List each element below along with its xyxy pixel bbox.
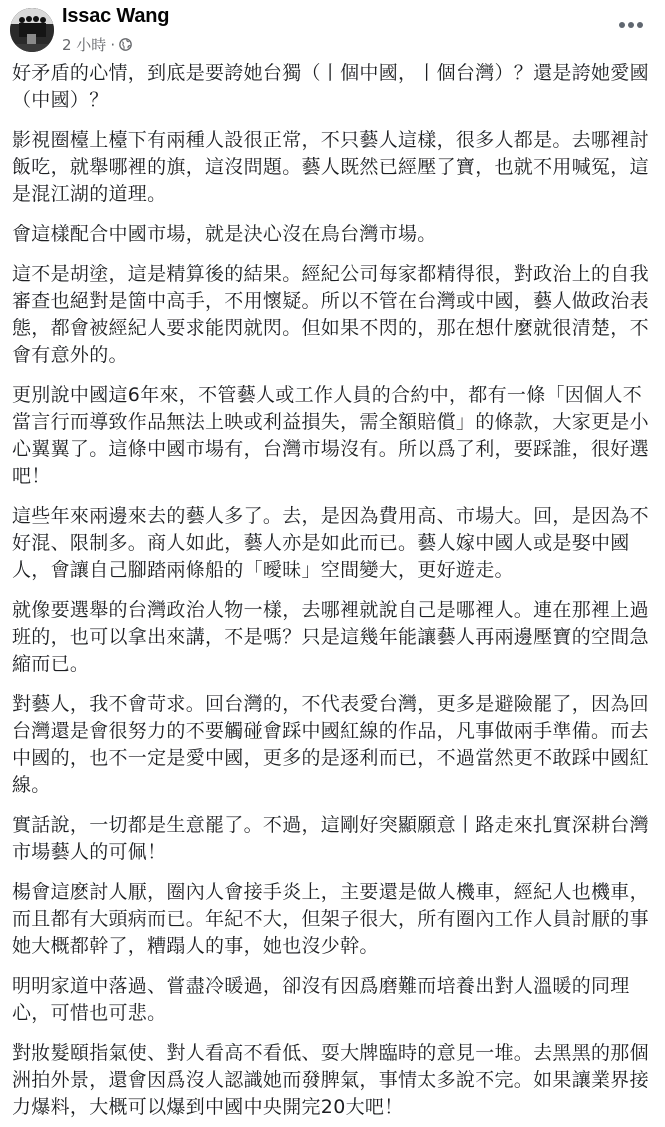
- avatar-photo-icon: [10, 8, 54, 52]
- meta-separator: ·: [110, 36, 115, 54]
- more-options-button[interactable]: [619, 22, 643, 28]
- post-paragraph: 影視圈檯上檯下有兩種人設很正常，不只藝人這樣，很多人都是。去哪裡討飯吃，就舉哪裡…: [12, 127, 651, 208]
- facebook-post: Issac Wang 2 小時 · 好矛盾的心情，到底是要誇她台獨（丨個中國，丨…: [0, 0, 665, 1121]
- post-paragraph: 就像要選舉的台灣政治人物一樣，去哪裡就說自己是哪裡人。連在那裡上過班的，也可以拿…: [12, 597, 651, 678]
- author-name[interactable]: Issac Wang: [62, 5, 169, 28]
- post-body: 好矛盾的心情，到底是要誇她台獨（丨個中國，丨個台灣）？還是誇她愛國（中國）？ 影…: [0, 60, 665, 1121]
- post-paragraph: 楊會這麽討人厭，圈內人會接手炎上，主要還是做人機車，經紀人也機車，而且都有大頭病…: [12, 879, 651, 960]
- post-meta: 2 小時 ·: [62, 34, 132, 55]
- post-header: Issac Wang 2 小時 ·: [0, 0, 665, 60]
- post-paragraph: 這些年來兩邊來去的藝人多了。去，是因為費用高、市場大。回，是因為不好混、限制多。…: [12, 503, 651, 584]
- post-paragraph: 這不是胡塗，這是精算後的結果。經紀公司每家都精得很，對政治上的自我審查也絕對是箇…: [12, 261, 651, 369]
- post-paragraph: 明明家道中落過、嘗盡冷暖過，卻沒有因爲磨難而培養出對人溫暖的同理心，可惜也可悲。: [12, 973, 651, 1027]
- more-dot-icon: [628, 22, 634, 28]
- post-paragraph: 實話說，一切都是生意罷了。不過，這剛好突顯願意丨路走來扎實深耕台灣市場藝人的可佩…: [12, 812, 651, 866]
- post-paragraph: 更別說中國這6年來，不管藝人或工作人員的合約中，都有一條「因個人不當言行而導致作…: [12, 382, 651, 490]
- globe-icon[interactable]: [119, 38, 132, 51]
- post-paragraph: 好矛盾的心情，到底是要誇她台獨（丨個中國，丨個台灣）？還是誇她愛國（中國）？: [12, 60, 651, 114]
- post-timestamp[interactable]: 2 小時: [62, 34, 106, 55]
- author-avatar[interactable]: [10, 8, 54, 52]
- more-dot-icon: [637, 22, 643, 28]
- post-paragraph: 會這樣配合中國市場，就是決心沒在鳥台灣市場。: [12, 221, 651, 248]
- post-paragraph: 對妝髮頤指氣使、對人看高不看低、耍大牌臨時的意見一堆。去黑黑的那個洲拍外景，還會…: [12, 1040, 651, 1121]
- more-dot-icon: [619, 22, 625, 28]
- post-paragraph: 對藝人，我不會苛求。回台灣的，不代表愛台灣，更多是避險罷了，因為回台灣還是會很努…: [12, 691, 651, 799]
